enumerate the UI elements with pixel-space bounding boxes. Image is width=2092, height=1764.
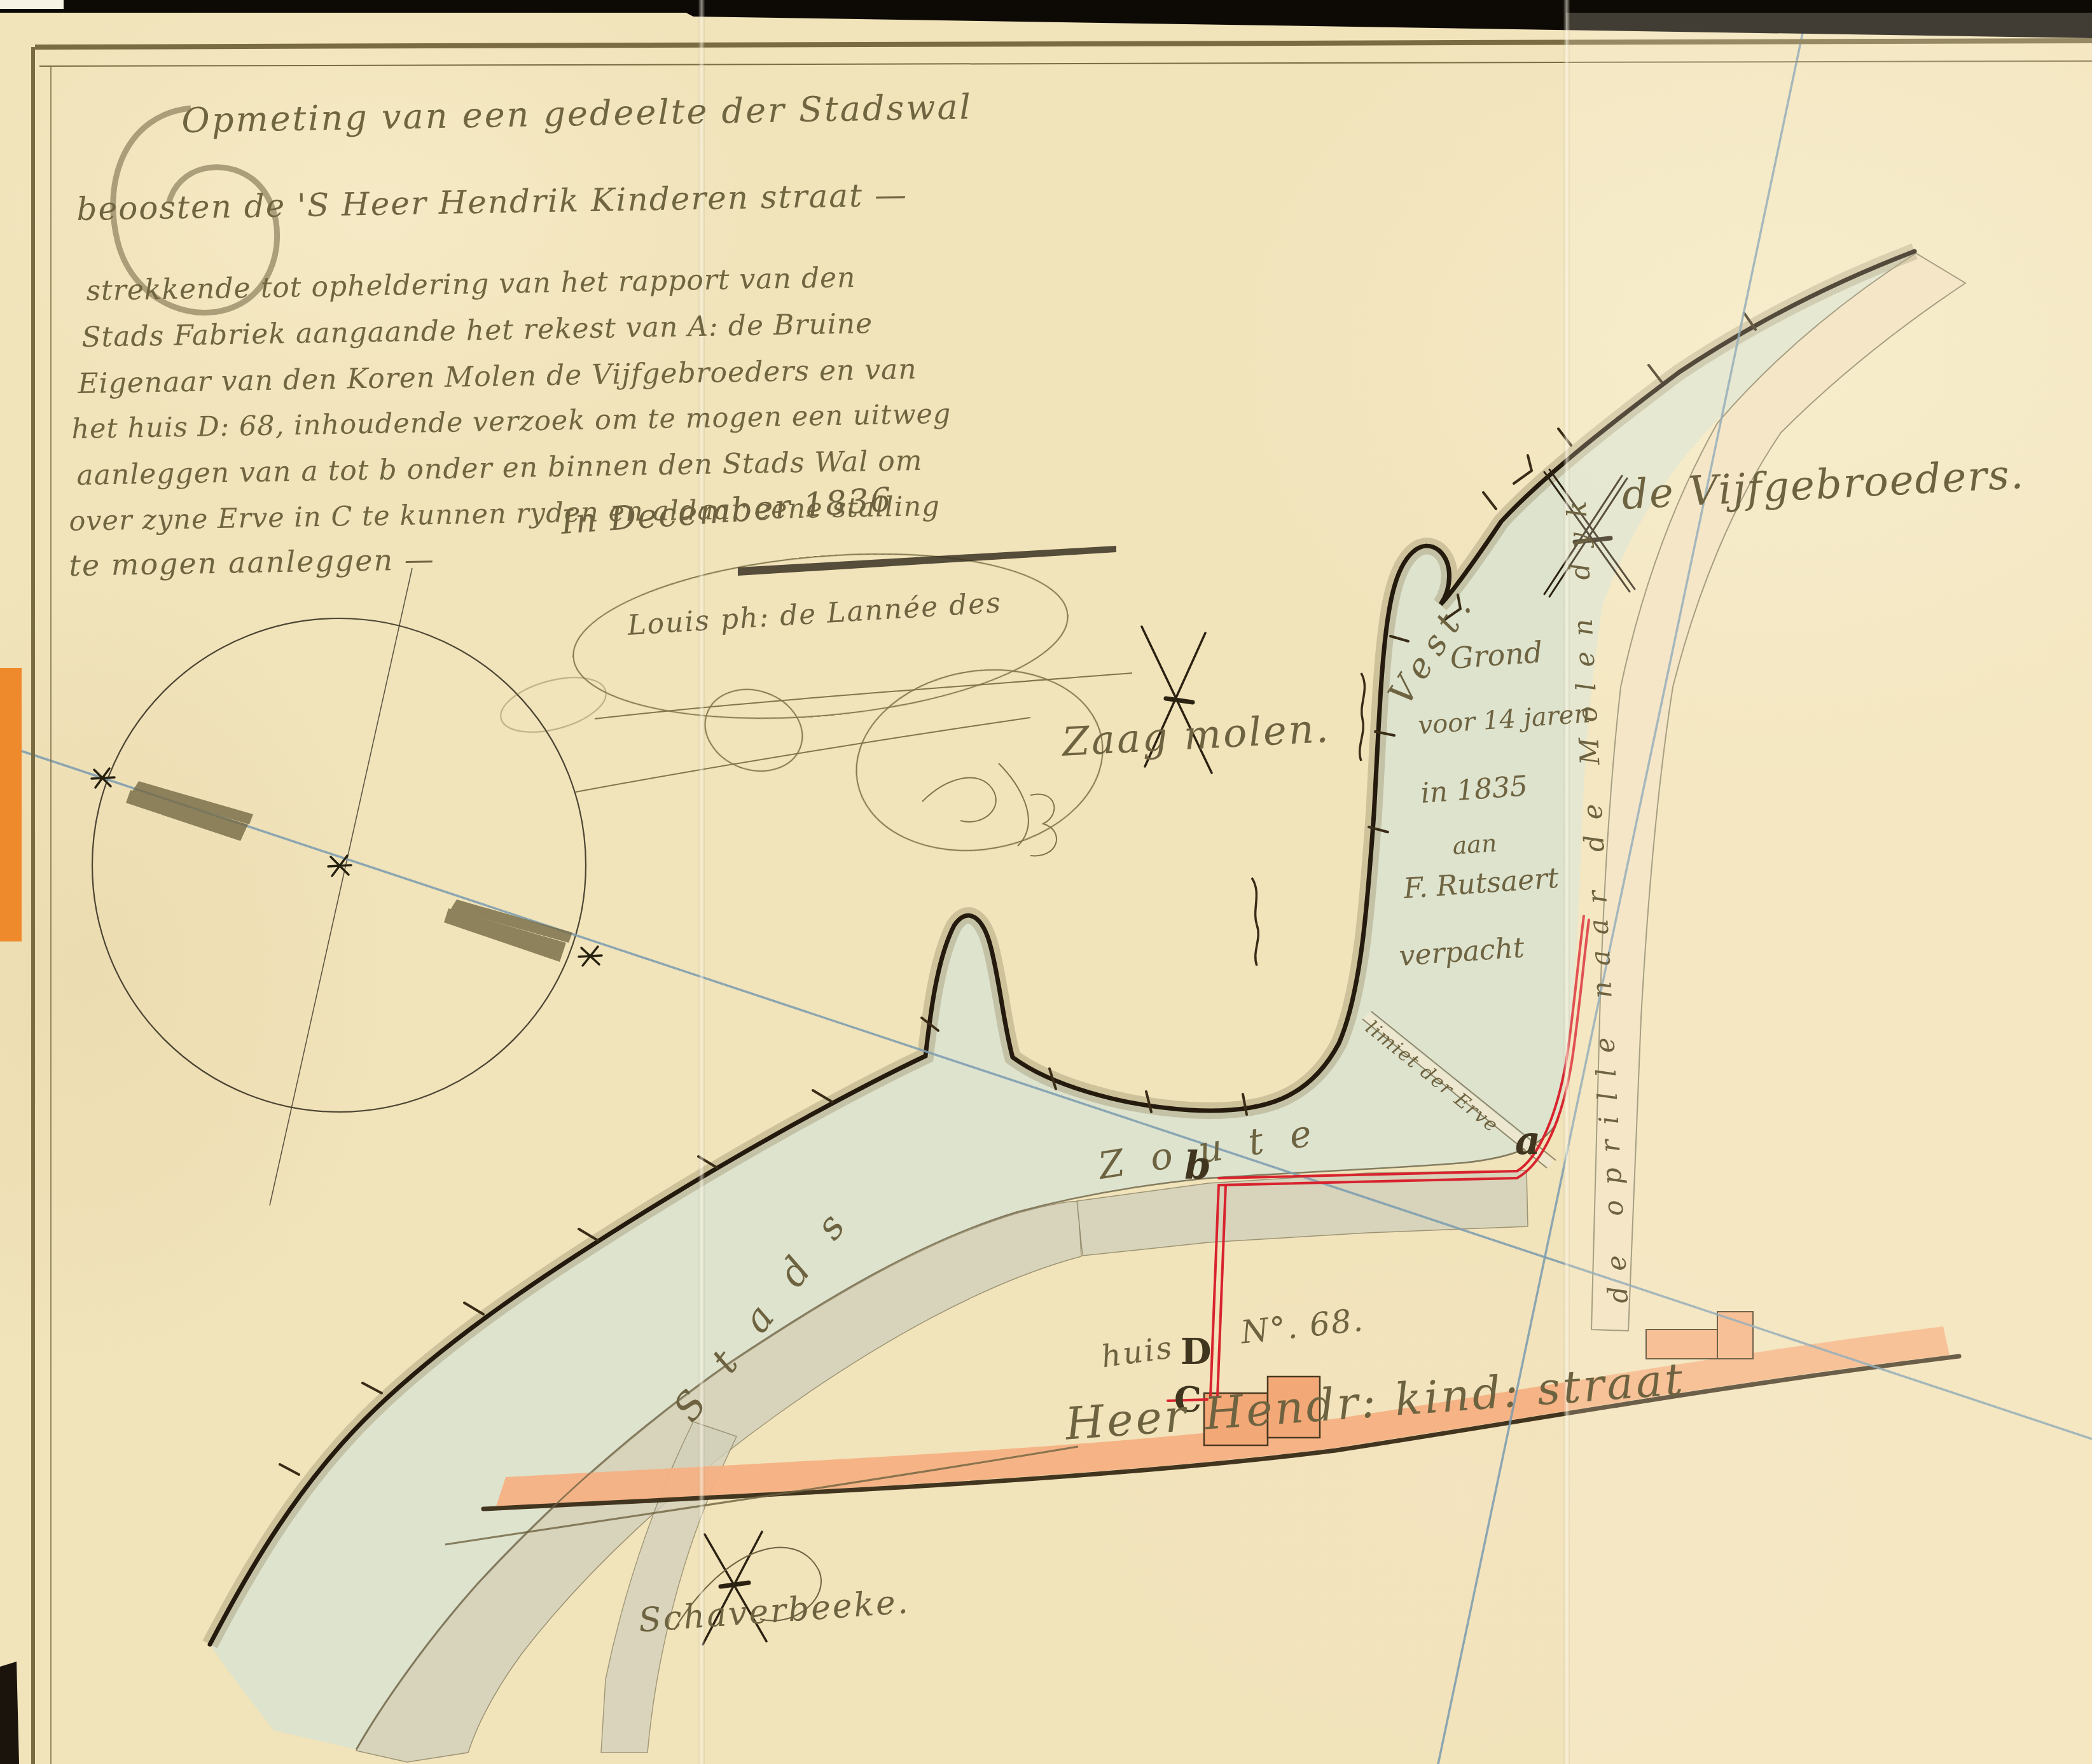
street-step-block-2 bbox=[1717, 1312, 1753, 1359]
label-grond-line: aan bbox=[1451, 829, 1498, 860]
label-point-d: D bbox=[1181, 1331, 1212, 1373]
map-drawing bbox=[0, 0, 2092, 1764]
signature-flourish bbox=[495, 535, 1132, 869]
map-sheet: Opmeting van een gedeelte der Stadswal b… bbox=[0, 0, 2092, 1764]
fold-crease bbox=[1563, 0, 1570, 1764]
heavy-ink-stroke bbox=[738, 546, 1116, 576]
label-point-b: b bbox=[1184, 1144, 1211, 1188]
compass-circle bbox=[92, 568, 586, 1205]
scan-edge-bottom-left bbox=[0, 1662, 19, 1764]
scan-edge-orange bbox=[0, 668, 22, 941]
scan-edge-top-right bbox=[662, 0, 2092, 38]
scan-edge-top-left-light bbox=[0, 0, 64, 9]
construction-line-shallow bbox=[13, 748, 2092, 1439]
creek-squiggle-2 bbox=[1252, 878, 1258, 966]
label-point-a: a bbox=[1515, 1117, 1541, 1163]
label-grond-line: Grond bbox=[1449, 635, 1544, 676]
creek-squiggle-1 bbox=[1360, 673, 1365, 761]
survey-arrow-icon bbox=[126, 781, 253, 841]
survey-arrow-icon bbox=[444, 899, 572, 962]
map-title-line: te mogen aanleggen — bbox=[69, 542, 435, 583]
